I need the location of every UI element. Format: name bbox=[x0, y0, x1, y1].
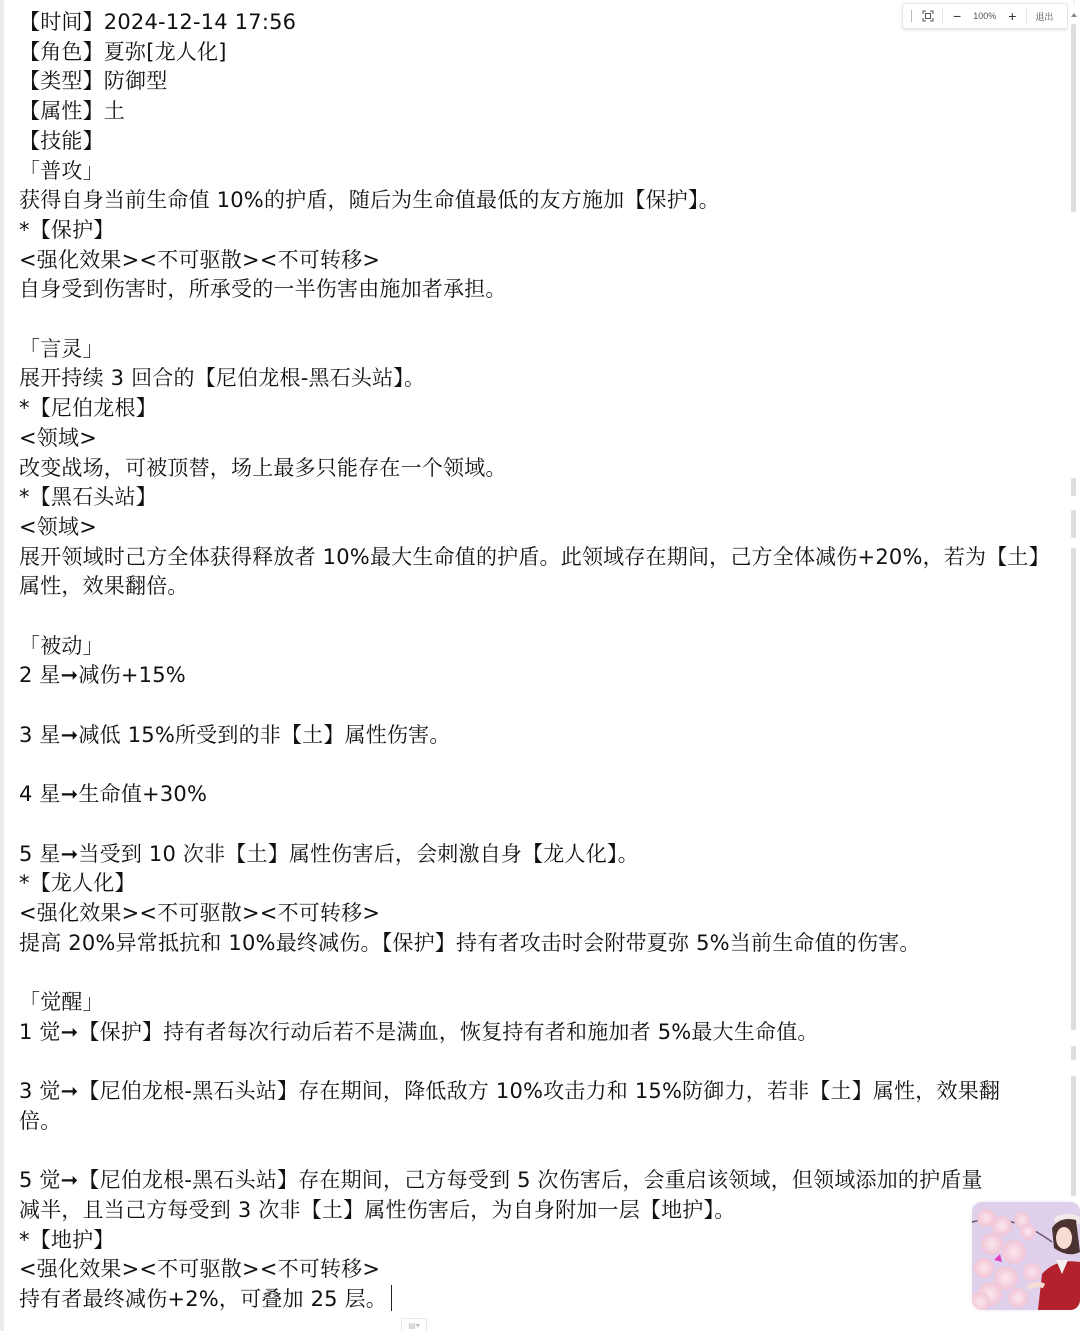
text-line: 【类型】防御型 bbox=[19, 67, 1069, 97]
zoom-toolbar: − 100% + 退出 bbox=[902, 3, 1068, 29]
text-line: 「言灵」 bbox=[19, 335, 1069, 365]
blank-line bbox=[19, 1137, 1069, 1167]
blank-line bbox=[19, 305, 1069, 335]
text-line: 3 觉➞【尼伯龙根-黑石头站】存在期间，降低敌方 10%攻击力和 15%防御力，… bbox=[19, 1077, 1069, 1107]
text-line: 【属性】土 bbox=[19, 97, 1069, 127]
text-line: 改变战场，可被顶替，场上最多只能存在一个领域。 bbox=[19, 454, 1069, 484]
text-line: *【保护】 bbox=[19, 216, 1069, 246]
anime-girl-avatar-icon bbox=[972, 1202, 1080, 1310]
blank-line bbox=[19, 602, 1069, 632]
fit-screen-icon[interactable] bbox=[920, 8, 936, 24]
text-line: 5 星➞当受到 10 次非【土】属性伤害后，会刺激自身【龙人化】。 bbox=[19, 840, 1069, 870]
text-line: 自身受到伤害时，所承受的一半伤害由施加者承担。 bbox=[19, 275, 1069, 305]
text-line: *【地护】 bbox=[19, 1226, 1069, 1256]
text-line: 【角色】夏弥[龙人化] bbox=[19, 38, 1069, 68]
document-body[interactable]: 【时间】2024-12-14 17:56【角色】夏弥[龙人化]【类型】防御型【属… bbox=[19, 8, 1069, 1315]
document-page: 【时间】2024-12-14 17:56【角色】夏弥[龙人化]【类型】防御型【属… bbox=[0, 0, 1068, 1331]
text-line: 2 星➞减伤+15% bbox=[19, 661, 1069, 691]
text-line: 倍。 bbox=[19, 1107, 1069, 1137]
text-line: 4 星➞生命值+30% bbox=[19, 780, 1069, 810]
scrollbar-thumb[interactable] bbox=[1071, 24, 1076, 212]
zoom-level: 100% bbox=[965, 11, 1004, 21]
text-line: *【黑石头站】 bbox=[19, 483, 1069, 513]
blank-line bbox=[19, 1048, 1069, 1078]
text-line: 「普攻」 bbox=[19, 157, 1069, 187]
scroll-up-arrow-icon[interactable] bbox=[1071, 13, 1077, 17]
scrollbar-segment bbox=[1071, 510, 1076, 538]
paste-options-icon[interactable]: ▤▾ bbox=[401, 1318, 427, 1331]
text-line: 1 觉➞【保护】持有者每次行动后若不是满血，恢复持有者和施加者 5%最大生命值。 bbox=[19, 1018, 1069, 1048]
text-line: 「觉醒」 bbox=[19, 988, 1069, 1018]
text-line: 【技能】 bbox=[19, 127, 1069, 157]
scrollbar-grip-icon: ⋮ bbox=[1071, 1, 1077, 7]
zoom-out-button[interactable]: − bbox=[949, 9, 965, 23]
text-line: 展开持续 3 回合的【尼伯龙根-黑石头站】。 bbox=[19, 364, 1069, 394]
text-line: <领域> bbox=[19, 513, 1069, 543]
blank-line bbox=[19, 691, 1069, 721]
text-line: 「被动」 bbox=[19, 632, 1069, 662]
blank-line bbox=[19, 958, 1069, 988]
text-line: 减半，且当己方每受到 3 次非【土】属性伤害后，为自身附加一层【地护】。 bbox=[19, 1196, 1069, 1226]
blank-line bbox=[19, 751, 1069, 781]
text-line: *【尼伯龙根】 bbox=[19, 394, 1069, 424]
exit-button[interactable]: 退出 bbox=[1033, 10, 1057, 23]
blank-line bbox=[19, 810, 1069, 840]
divider bbox=[1026, 9, 1027, 23]
text-line: 3 星➞减低 15%所受到的非【土】属性伤害。 bbox=[19, 721, 1069, 751]
scrollbar-segment bbox=[1071, 1076, 1076, 1196]
zoom-in-button[interactable]: + bbox=[1004, 9, 1020, 23]
text-line: <强化效果><不可驱散><不可转移> bbox=[19, 899, 1069, 929]
vertical-scrollbar[interactable]: ⋮ bbox=[1068, 0, 1080, 1331]
scrollbar-segment bbox=[1071, 1046, 1076, 1060]
text-line: 提高 20%异常抵抗和 10%最终减伤。【保护】持有者攻击时会附带夏弥 5%当前… bbox=[19, 929, 1069, 959]
divider bbox=[942, 9, 943, 23]
avatar[interactable] bbox=[972, 1202, 1080, 1310]
text-line: *【龙人化】 bbox=[19, 869, 1069, 899]
text-line: <强化效果><不可驱散><不可转移> bbox=[19, 1255, 1069, 1285]
text-cursor bbox=[391, 1285, 393, 1311]
text-line: 持有者最终减伤+2%，可叠加 25 层。 bbox=[19, 1285, 1069, 1315]
scrollbar-segment bbox=[1071, 548, 1076, 1030]
text-line: <领域> bbox=[19, 424, 1069, 454]
text-line: 属性，效果翻倍。 bbox=[19, 572, 1069, 602]
scrollbar-segment bbox=[1071, 478, 1076, 496]
text-line: 展开领域时己方全体获得释放者 10%最大生命值的护盾。此领域存在期间，己方全体减… bbox=[19, 543, 1069, 573]
text-line: <强化效果><不可驱散><不可转移> bbox=[19, 246, 1069, 276]
drag-handle[interactable] bbox=[911, 10, 912, 22]
text-line: 5 觉➞【尼伯龙根-黑石头站】存在期间，己方每受到 5 次伤害后，会重启该领域，… bbox=[19, 1166, 1069, 1196]
text-line: 获得自身当前生命值 10%的护盾，随后为生命值最低的友方施加【保护】。 bbox=[19, 186, 1069, 216]
